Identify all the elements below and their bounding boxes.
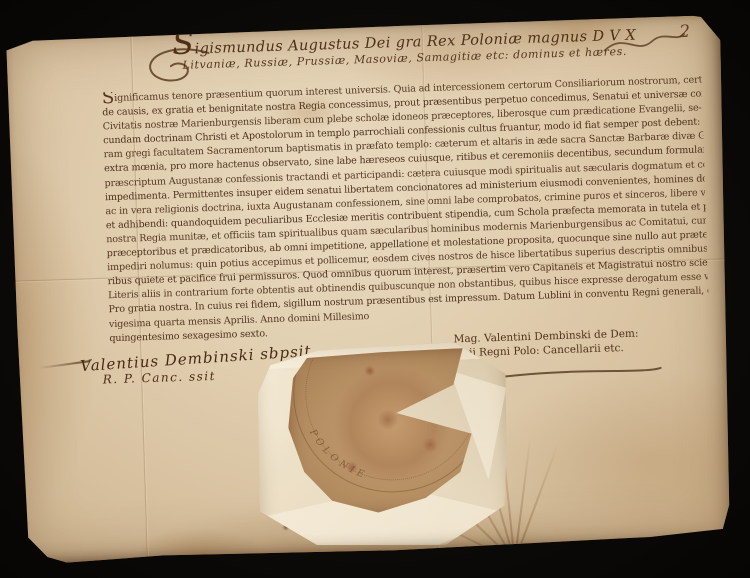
chancery-attribution: Mag. Valentini Dembinski de Dem: bianij … [453, 327, 639, 361]
svg-text:POLONIE: POLONIE [306, 425, 369, 483]
radiating-creases [509, 412, 516, 562]
page-number: 2 [679, 22, 690, 42]
manuscript-body: Significamus tenore præsentium quorum in… [102, 73, 710, 345]
parchment-document: 2 Sigismundus Augustus Dei gra Rex Polon… [4, 15, 736, 564]
photograph-stage: 2 Sigismundus Augustus Dei gra Rex Polon… [0, 0, 750, 578]
seal-legend-text: POLONIE [306, 425, 369, 483]
document-heading: Sigismundus Augustus Dei gra Rex Poloniæ… [154, 27, 655, 73]
